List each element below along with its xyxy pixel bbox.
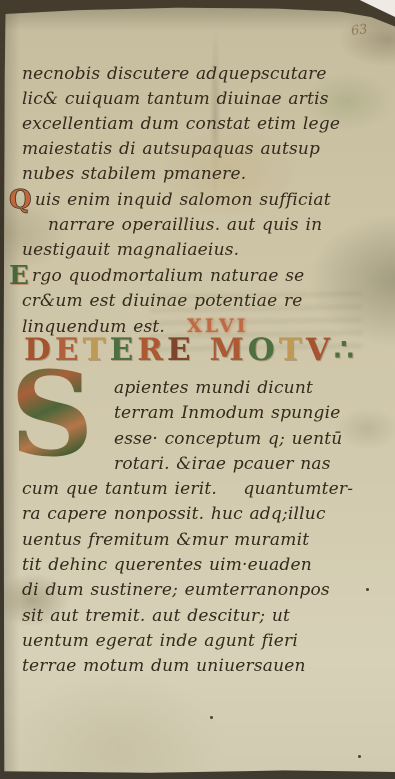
line-text: ra capere nonpossit. huc adq;illuc: [22, 504, 326, 524]
body-line: cum que tantum ierit. quantumter-: [22, 477, 382, 502]
line-text: uentum egerat inde agunt fieri: [22, 631, 298, 651]
line-text: rotari. &irae pcauer nas: [114, 454, 331, 474]
heading-letter: V: [306, 332, 334, 368]
line-text: uis enim inquid salomon sufficiat: [35, 190, 331, 210]
line-text: uentus fremitum &mur muramit: [22, 530, 309, 550]
line-text: necnobis discutere adquepscutare: [22, 64, 327, 84]
line-text: cum que tantum ierit. quantumter-: [22, 479, 353, 499]
versal-initial: E: [9, 263, 29, 289]
text-block-upper: necnobis discutere adquepscutarelic& cui…: [22, 62, 382, 340]
body-line: terram Inmodum spungie: [114, 401, 382, 426]
body-line: esse· conceptum q; uentū: [114, 427, 382, 452]
body-line: Ergo quodmortalium naturae se: [9, 263, 382, 289]
body-line: di dum sustinere; eumterranonpos: [22, 578, 382, 603]
body-line: uentum egerat inde agunt fieri: [22, 629, 382, 654]
line-text: cr&um est diuinae potentiae re: [22, 291, 303, 311]
line-text: maiestatis di autsupaquas autsup: [22, 139, 320, 159]
body-line: uentus fremitum &mur muramit: [22, 528, 382, 553]
body-line: nubes stabilem pmanere.: [22, 162, 382, 187]
line-text: rgo quodmortalium naturae se: [32, 266, 304, 286]
line-text: terram Inmodum spungie: [114, 403, 340, 423]
body-line: narrare operaillius. aut quis in: [48, 213, 382, 238]
line-text: terrae motum dum uniuersauen: [22, 656, 306, 676]
text-block-lower: apientes mundi dicuntterram Inmodum spun…: [22, 376, 382, 680]
ink-dot: [358, 755, 361, 758]
line-text: uestigauit magnaliaeius.: [22, 240, 239, 260]
body-line: sit aut tremit. aut descitur; ut: [22, 604, 382, 629]
heading-letter: R: [137, 332, 167, 368]
body-line: maiestatis di autsupaquas autsup: [22, 137, 382, 162]
body-line: lic& cuiquam tantum diuinae artis: [22, 87, 382, 112]
folio-number: 63: [350, 22, 368, 39]
line-text: narrare operaillius. aut quis in: [48, 215, 322, 235]
body-line: cr&um est diuinae potentiae re: [22, 289, 382, 314]
line-text: esse· conceptum q; uentū: [114, 429, 342, 449]
manuscript-photo: 63 necnobis discutere adquepscutarelic& …: [0, 0, 395, 779]
body-line: Quis enim inquid salomon sufficiat: [9, 187, 382, 213]
ink-dot: [366, 588, 369, 591]
background-sliver: [352, 0, 395, 17]
line-text: excellentiam dum constat etim lege: [22, 114, 340, 134]
line-text: nubes stabilem pmanere.: [22, 164, 246, 184]
heading-letter: ∴: [334, 332, 358, 368]
heading-letter: T: [279, 332, 306, 368]
heading-letter: [195, 332, 210, 368]
ink-dot: [210, 716, 213, 719]
heading-letter: E: [167, 332, 195, 368]
line-text: sit aut tremit. aut descitur; ut: [22, 606, 290, 626]
body-line: ra capere nonpossit. huc adq;illuc: [22, 502, 382, 527]
heading-letter: O: [248, 332, 279, 368]
line-text: apientes mundi dicunt: [114, 378, 313, 398]
line-text: lic& cuiquam tantum diuinae artis: [22, 89, 329, 109]
body-line: terrae motum dum uniuersauen: [22, 654, 382, 679]
body-line: uestigauit magnaliaeius.: [22, 238, 382, 263]
line-text: di dum sustinere; eumterranonpos: [22, 580, 330, 600]
body-line: excellentiam dum constat etim lege: [22, 112, 382, 137]
versal-initial: Q: [9, 187, 32, 213]
body-line: apientes mundi dicunt: [114, 376, 382, 401]
heading-letter: E: [110, 332, 138, 368]
body-line: necnobis discutere adquepscutare: [22, 62, 382, 87]
heading-letter: M: [209, 332, 247, 368]
body-line: tit dehinc querentes uim·euaden: [22, 553, 382, 578]
line-text: tit dehinc querentes uim·euaden: [22, 555, 312, 575]
body-line: rotari. &irae pcauer nas: [114, 452, 382, 477]
